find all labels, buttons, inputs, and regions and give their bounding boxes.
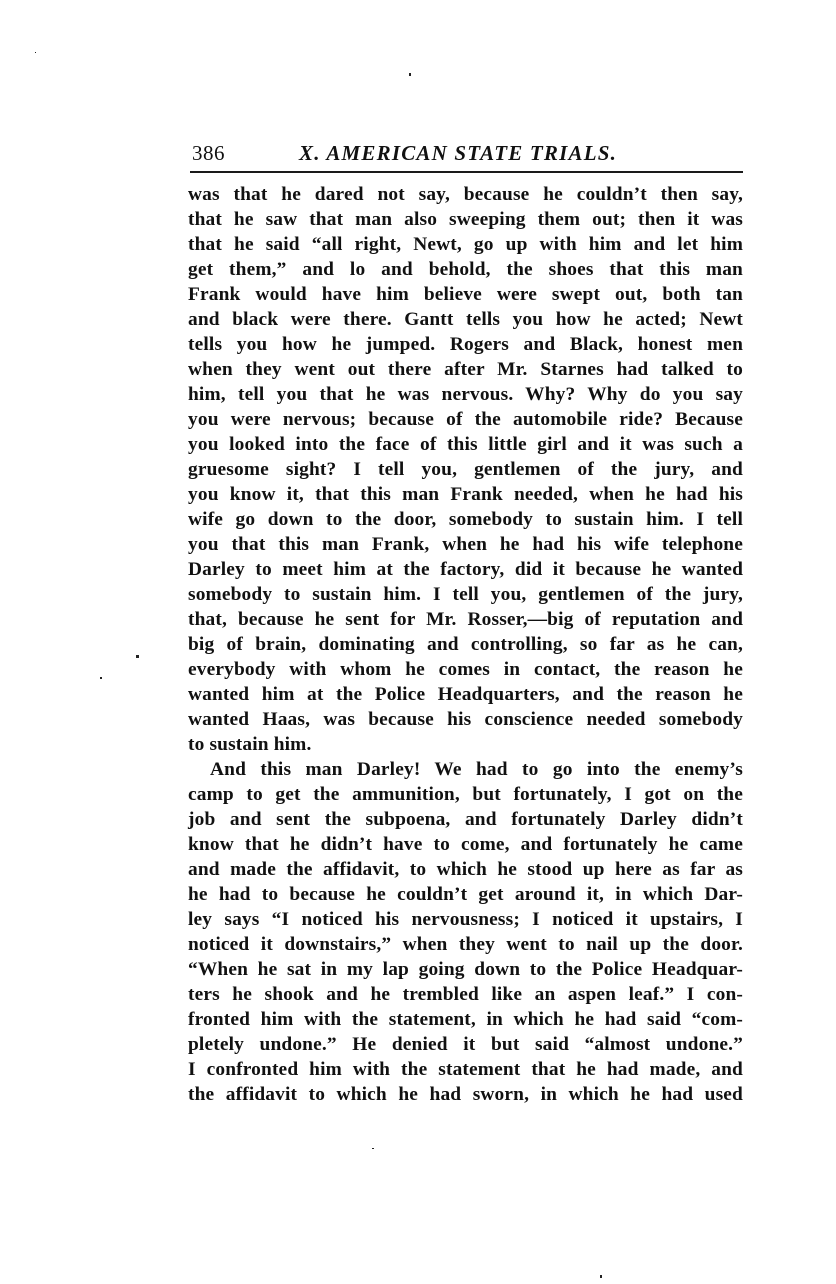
scan-speck xyxy=(409,73,411,76)
text-line: Darley to meet him at the factory, did i… xyxy=(188,557,743,582)
text-line: that he saw that man also sweeping them … xyxy=(188,207,743,232)
text-line: you looked into the face of this little … xyxy=(188,432,743,457)
text-line: the affidavit to which he had sworn, in … xyxy=(188,1082,743,1107)
text-line: Frank would have him believe were swept … xyxy=(188,282,743,307)
text-line: him, tell you that he was nervous. Why? … xyxy=(188,382,743,407)
text-line: ters he shook and he trembled like an as… xyxy=(188,982,743,1007)
text-line: ley says “I noticed his nervousness; I n… xyxy=(188,907,743,932)
paragraph-end-line: to sustain him. xyxy=(188,732,743,757)
text-line: wanted Haas, was because his conscience … xyxy=(188,707,743,732)
text-line: everybody with whom he comes in contact,… xyxy=(188,657,743,682)
running-title: X. AMERICAN STATE TRIALS. xyxy=(299,141,617,165)
text-line: that, because he sent for Mr. Rosser,—bi… xyxy=(188,607,743,632)
body-text: was that he dared not say, because he co… xyxy=(188,182,743,1107)
scan-speck xyxy=(136,655,139,658)
text-line: you that this man Frank, when he had his… xyxy=(188,532,743,557)
page-number: 386 xyxy=(192,141,225,165)
scan-speck xyxy=(35,52,36,53)
scan-speck xyxy=(372,1148,374,1149)
text-line: was that he dared not say, because he co… xyxy=(188,182,743,207)
text-line: I confronted him with the statement that… xyxy=(188,1057,743,1082)
text-line: big of brain, dominating and controlling… xyxy=(188,632,743,657)
scan-speck xyxy=(100,677,102,679)
text-line: tells you how he jumped. Rogers and Blac… xyxy=(188,332,743,357)
text-line: camp to get the ammunition, but fortunat… xyxy=(188,782,743,807)
text-line: you were nervous; because of the automob… xyxy=(188,407,743,432)
text-line: he had to because he couldn’t get around… xyxy=(188,882,743,907)
text-line: “When he sat in my lap going down to the… xyxy=(188,957,743,982)
running-head: 386 X. AMERICAN STATE TRIALS. xyxy=(192,141,744,165)
paragraph-start-line: And this man Darley! We had to go into t… xyxy=(188,757,743,782)
book-page: 386 X. AMERICAN STATE TRIALS. was that h… xyxy=(0,0,836,1284)
text-line: job and sent the subpoena, and fortunate… xyxy=(188,807,743,832)
scan-speck xyxy=(600,1275,602,1278)
text-line: pletely undone.” He denied it but said “… xyxy=(188,1032,743,1057)
text-line: get them,” and lo and behold, the shoes … xyxy=(188,257,743,282)
text-line: fronted him with the statement, in which… xyxy=(188,1007,743,1032)
text-line: and made the affidavit, to which he stoo… xyxy=(188,857,743,882)
text-line: gruesome sight? I tell you, gentlemen of… xyxy=(188,457,743,482)
text-line: wife go down to the door, somebody to su… xyxy=(188,507,743,532)
text-line: and black were there. Gantt tells you ho… xyxy=(188,307,743,332)
text-line: noticed it downstairs,” when they went t… xyxy=(188,932,743,957)
text-line: know that he didn’t have to come, and fo… xyxy=(188,832,743,857)
text-line: somebody to sustain him. I tell you, gen… xyxy=(188,582,743,607)
text-line: wanted him at the Police Headquarters, a… xyxy=(188,682,743,707)
text-line: that he said “all right, Newt, go up wit… xyxy=(188,232,743,257)
header-rule xyxy=(190,171,743,173)
text-line: when they went out there after Mr. Starn… xyxy=(188,357,743,382)
text-line: you know it, that this man Frank needed,… xyxy=(188,482,743,507)
